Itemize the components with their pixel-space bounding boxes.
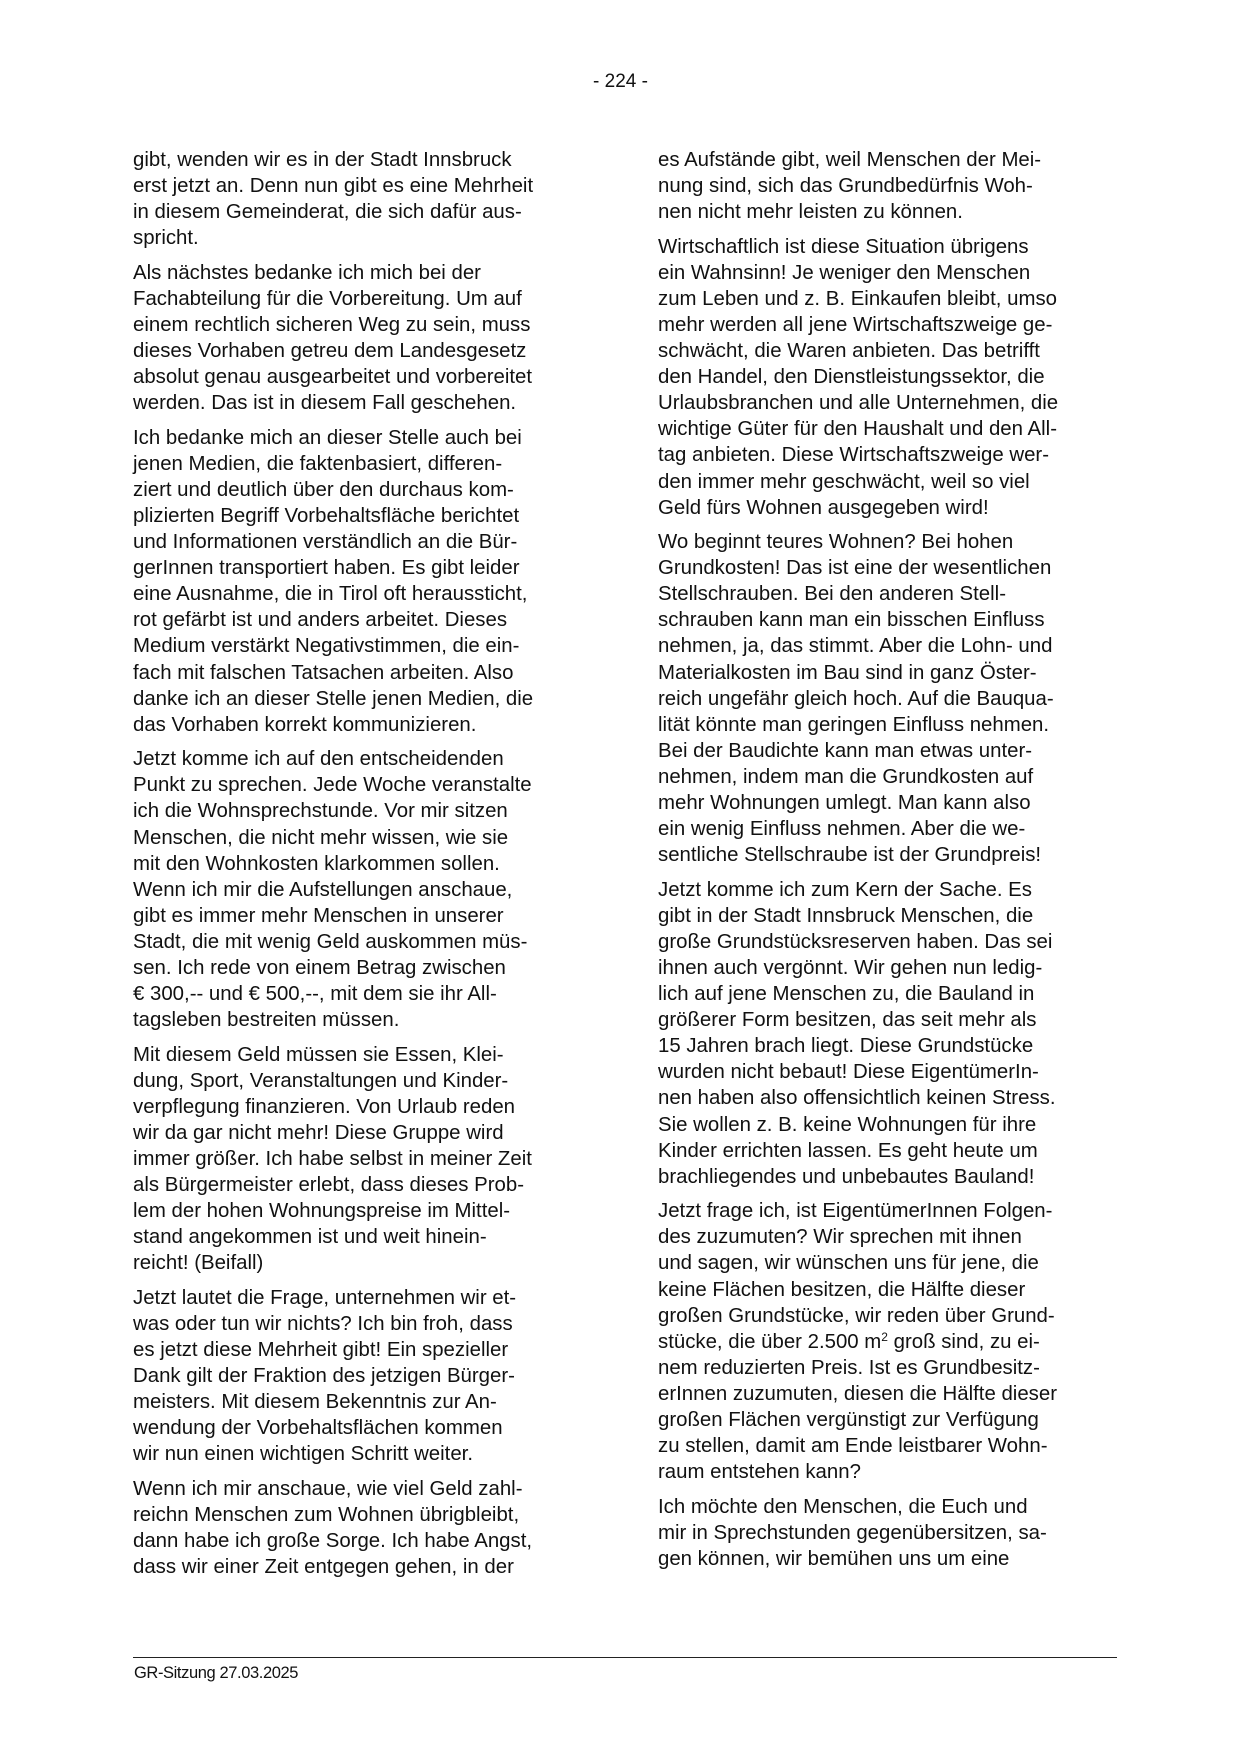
text-line: dann habe ich große Sorge. Ich habe Angs…: [133, 1528, 593, 1554]
text-line: Geld fürs Wohnen ausgegeben wird!: [658, 495, 1118, 521]
text-line: Jetzt frage ich, ist EigentümerInnen Fol…: [658, 1198, 1118, 1224]
text-line: keine Flächen besitzen, die Hälfte diese…: [658, 1277, 1118, 1303]
text-line: nen nicht mehr leisten zu können.: [658, 199, 1118, 225]
text-line: des zuzumuten? Wir sprechen mit ihnen: [658, 1224, 1118, 1250]
text-line: ziert und deutlich über den durchaus kom…: [133, 477, 593, 503]
text-line: sen. Ich rede von einem Betrag zwischen: [133, 955, 593, 981]
paragraph: Mit diesem Geld müssen sie Essen, Klei- …: [133, 1042, 593, 1277]
text-line: gibt, wenden wir es in der Stadt Innsbru…: [133, 147, 593, 173]
text-line: ich die Wohnsprechstunde. Vor mir sitzen: [133, 798, 593, 824]
text-line: Materialkosten im Bau sind in ganz Öster…: [658, 660, 1118, 686]
text-line: Wenn ich mir die Aufstellungen anschaue,: [133, 877, 593, 903]
paragraph: Jetzt komme ich auf den entscheidenden P…: [133, 746, 593, 1033]
text-line: plizierten Begriff Vorbehaltsfläche beri…: [133, 503, 593, 529]
text-line: zum Leben und z. B. Einkaufen bleibt, um…: [658, 286, 1118, 312]
text-line: als Bürgermeister erlebt, dass dieses Pr…: [133, 1172, 593, 1198]
text-line: Punkt zu sprechen. Jede Woche veranstalt…: [133, 772, 593, 798]
text-line: raum entstehen kann?: [658, 1459, 1118, 1485]
text-line: ihnen auch vergönnt. Wir gehen nun ledig…: [658, 955, 1118, 981]
paragraph: Jetzt frage ich, ist EigentümerInnen Fol…: [658, 1198, 1118, 1485]
paragraph: es Aufstände gibt, weil Menschen der Mei…: [658, 147, 1118, 225]
text-line: danke ich an dieser Stelle jenen Medien,…: [133, 686, 593, 712]
text-line: es jetzt diese Mehrheit gibt! Ein spezie…: [133, 1337, 593, 1363]
text-line: wurden nicht bebaut! Diese EigentümerIn-: [658, 1059, 1118, 1085]
text-line: nehmen, indem man die Grundkosten auf: [658, 764, 1118, 790]
text-line: mir in Sprechstunden gegenübersitzen, sa…: [658, 1520, 1118, 1546]
text-line: große Grundstücksreserven haben. Das sei: [658, 929, 1118, 955]
text-line: wir da gar nicht mehr! Diese Gruppe wird: [133, 1120, 593, 1146]
paragraph: Wenn ich mir anschaue, wie viel Geld zah…: [133, 1476, 593, 1580]
right-column: es Aufstände gibt, weil Menschen der Mei…: [658, 147, 1118, 1580]
text-line: reichn Menschen zum Wohnen übrigbleibt,: [133, 1502, 593, 1528]
text-line: Als nächstes bedanke ich mich bei der: [133, 260, 593, 286]
paragraph: Ich bedanke mich an dieser Stelle auch b…: [133, 425, 593, 738]
text-line: eine Ausnahme, die in Tirol oft herausst…: [133, 581, 593, 607]
text-line: Wirtschaftlich ist diese Situation übrig…: [658, 234, 1118, 260]
text-line: Ich bedanke mich an dieser Stelle auch b…: [133, 425, 593, 451]
text-line: € 300,-- und € 500,--, mit dem sie ihr A…: [133, 981, 593, 1007]
text-line: gibt es immer mehr Menschen in unserer: [133, 903, 593, 929]
text-line: den Handel, den Dienstleistungssektor, d…: [658, 364, 1118, 390]
text-line: gerInnen transportiert haben. Es gibt le…: [133, 555, 593, 581]
text-line: meisters. Mit diesem Bekenntnis zur An-: [133, 1389, 593, 1415]
text-line: nen haben also offensichtlich keinen Str…: [658, 1085, 1118, 1111]
text-line: reich ungefähr gleich hoch. Auf die Bauq…: [658, 686, 1118, 712]
paragraph: gibt, wenden wir es in der Stadt Innsbru…: [133, 147, 593, 251]
paragraph: Wo beginnt teures Wohnen? Bei hohen Grun…: [658, 529, 1118, 868]
text-line: schrauben kann man ein bisschen Einfluss: [658, 607, 1118, 633]
text-line: Fachabteilung für die Vorbereitung. Um a…: [133, 286, 593, 312]
text-line: größerer Form besitzen, das seit mehr al…: [658, 1007, 1118, 1033]
text-line: wichtige Güter für den Haushalt und den …: [658, 416, 1118, 442]
text-line: gibt in der Stadt Innsbruck Menschen, di…: [658, 903, 1118, 929]
text-line: fach mit falschen Tatsachen arbeiten. Al…: [133, 660, 593, 686]
page-number: - 224 -: [0, 70, 1241, 94]
text-line: sentliche Stellschraube ist der Grundpre…: [658, 842, 1118, 868]
text-line: Kinder errichten lassen. Es geht heute u…: [658, 1138, 1118, 1164]
text-fragment: stücke, die über 2.500 m: [658, 1331, 881, 1353]
text-line: brachliegendes und unbebautes Bauland!: [658, 1164, 1118, 1190]
text-line: spricht.: [133, 225, 593, 251]
text-line: Jetzt komme ich auf den entscheidenden: [133, 746, 593, 772]
text-line: nung sind, sich das Grundbedürfnis Woh-: [658, 173, 1118, 199]
text-line: reicht! (Beifall): [133, 1250, 593, 1276]
text-line: mit den Wohnkosten klarkommen sollen.: [133, 851, 593, 877]
text-line: Stadt, die mit wenig Geld auskommen müs-: [133, 929, 593, 955]
text-line: Jetzt komme ich zum Kern der Sache. Es: [658, 877, 1118, 903]
text-line: in diesem Gemeinderat, die sich dafür au…: [133, 199, 593, 225]
text-line: es Aufstände gibt, weil Menschen der Mei…: [658, 147, 1118, 173]
text-line: was oder tun wir nichts? Ich bin froh, d…: [133, 1311, 593, 1337]
text-line: ein Wahnsinn! Je weniger den Menschen: [658, 260, 1118, 286]
text-line: dass wir einer Zeit entgegen gehen, in d…: [133, 1554, 593, 1580]
text-line: nem reduzierten Preis. Ist es Grundbesit…: [658, 1355, 1118, 1381]
text-line: erInnen zuzumuten, diesen die Hälfte die…: [658, 1381, 1118, 1407]
text-fragment: groß sind, zu ei-: [888, 1331, 1040, 1353]
text-line: Jetzt lautet die Frage, unternehmen wir …: [133, 1285, 593, 1311]
text-line: werden. Das ist in diesem Fall geschehen…: [133, 390, 593, 416]
paragraph: Jetzt lautet die Frage, unternehmen wir …: [133, 1285, 593, 1468]
superscript: 2: [881, 1330, 888, 1344]
text-line: und sagen, wir wünschen uns für jene, di…: [658, 1250, 1118, 1276]
text-line: Mit diesem Geld müssen sie Essen, Klei-: [133, 1042, 593, 1068]
text-line: Medium verstärkt Negativstimmen, die ein…: [133, 633, 593, 659]
text-line: einem rechtlich sicheren Weg zu sein, mu…: [133, 312, 593, 338]
footer-divider: [133, 1657, 1117, 1658]
text-line: Menschen, die nicht mehr wissen, wie sie: [133, 825, 593, 851]
text-line-with-superscript: stücke, die über 2.500 m2 groß sind, zu …: [658, 1329, 1118, 1355]
text-line: Wo beginnt teures Wohnen? Bei hohen: [658, 529, 1118, 555]
text-line: 15 Jahren brach liegt. Diese Grundstücke: [658, 1033, 1118, 1059]
text-line: großen Grundstücke, wir reden über Grund…: [658, 1303, 1118, 1329]
text-line: tag anbieten. Diese Wirtschaftszweige we…: [658, 442, 1118, 468]
text-line: absolut genau ausgearbeitet und vorberei…: [133, 364, 593, 390]
text-line: Grundkosten! Das ist eine der wesentlich…: [658, 555, 1118, 581]
text-line: lich auf jene Menschen zu, die Bauland i…: [658, 981, 1118, 1007]
text-line: tagsleben bestreiten müssen.: [133, 1007, 593, 1033]
text-line: schwächt, die Waren anbieten. Das betrif…: [658, 338, 1118, 364]
text-line: zu stellen, damit am Ende leistbarer Woh…: [658, 1433, 1118, 1459]
text-line: wir nun einen wichtigen Schritt weiter.: [133, 1441, 593, 1467]
text-line: das Vorhaben korrekt kommunizieren.: [133, 712, 593, 738]
text-line: Ich möchte den Menschen, die Euch und: [658, 1494, 1118, 1520]
text-line: verpflegung finanzieren. Von Urlaub rede…: [133, 1094, 593, 1120]
text-line: immer größer. Ich habe selbst in meiner …: [133, 1146, 593, 1172]
text-line: stand angekommen ist und weit hinein-: [133, 1224, 593, 1250]
text-line: gen können, wir bemühen uns um eine: [658, 1546, 1118, 1572]
paragraph: Wirtschaftlich ist diese Situation übrig…: [658, 234, 1118, 521]
text-line: dieses Vorhaben getreu dem Landesgesetz: [133, 338, 593, 364]
text-line: lität könnte man geringen Einfluss nehme…: [658, 712, 1118, 738]
text-line: Urlaubsbranchen und alle Unternehmen, di…: [658, 390, 1118, 416]
text-line: Dank gilt der Fraktion des jetzigen Bürg…: [133, 1363, 593, 1389]
text-line: ein wenig Einfluss nehmen. Aber die we-: [658, 816, 1118, 842]
text-line: den immer mehr geschwächt, weil so viel: [658, 469, 1118, 495]
text-line: lem der hohen Wohnungspreise im Mittel-: [133, 1198, 593, 1224]
left-column: gibt, wenden wir es in der Stadt Innsbru…: [133, 147, 593, 1589]
text-line: Wenn ich mir anschaue, wie viel Geld zah…: [133, 1476, 593, 1502]
text-line: Sie wollen z. B. keine Wohnungen für ihr…: [658, 1112, 1118, 1138]
text-line: Stellschrauben. Bei den anderen Stell-: [658, 581, 1118, 607]
text-line: rot gefärbt ist und anders arbeitet. Die…: [133, 607, 593, 633]
paragraph: Jetzt komme ich zum Kern der Sache. Es g…: [658, 877, 1118, 1190]
text-line: nehmen, ja, das stimmt. Aber die Lohn- u…: [658, 633, 1118, 659]
text-line: mehr werden all jene Wirtschaftszweige g…: [658, 312, 1118, 338]
text-line: wendung der Vorbehaltsflächen kommen: [133, 1415, 593, 1441]
text-line: jenen Medien, die faktenbasiert, differe…: [133, 451, 593, 477]
footer-session-date: GR-Sitzung 27.03.2025: [134, 1663, 298, 1683]
paragraph: Ich möchte den Menschen, die Euch und mi…: [658, 1494, 1118, 1572]
text-line: mehr Wohnungen umlegt. Man kann also: [658, 790, 1118, 816]
text-line: dung, Sport, Veranstaltungen und Kinder-: [133, 1068, 593, 1094]
text-line: und Informationen verständlich an die Bü…: [133, 529, 593, 555]
text-line: großen Flächen vergünstigt zur Verfügung: [658, 1407, 1118, 1433]
text-line: Bei der Baudichte kann man etwas unter-: [658, 738, 1118, 764]
text-line: erst jetzt an. Denn nun gibt es eine Meh…: [133, 173, 593, 199]
paragraph: Als nächstes bedanke ich mich bei der Fa…: [133, 260, 593, 417]
